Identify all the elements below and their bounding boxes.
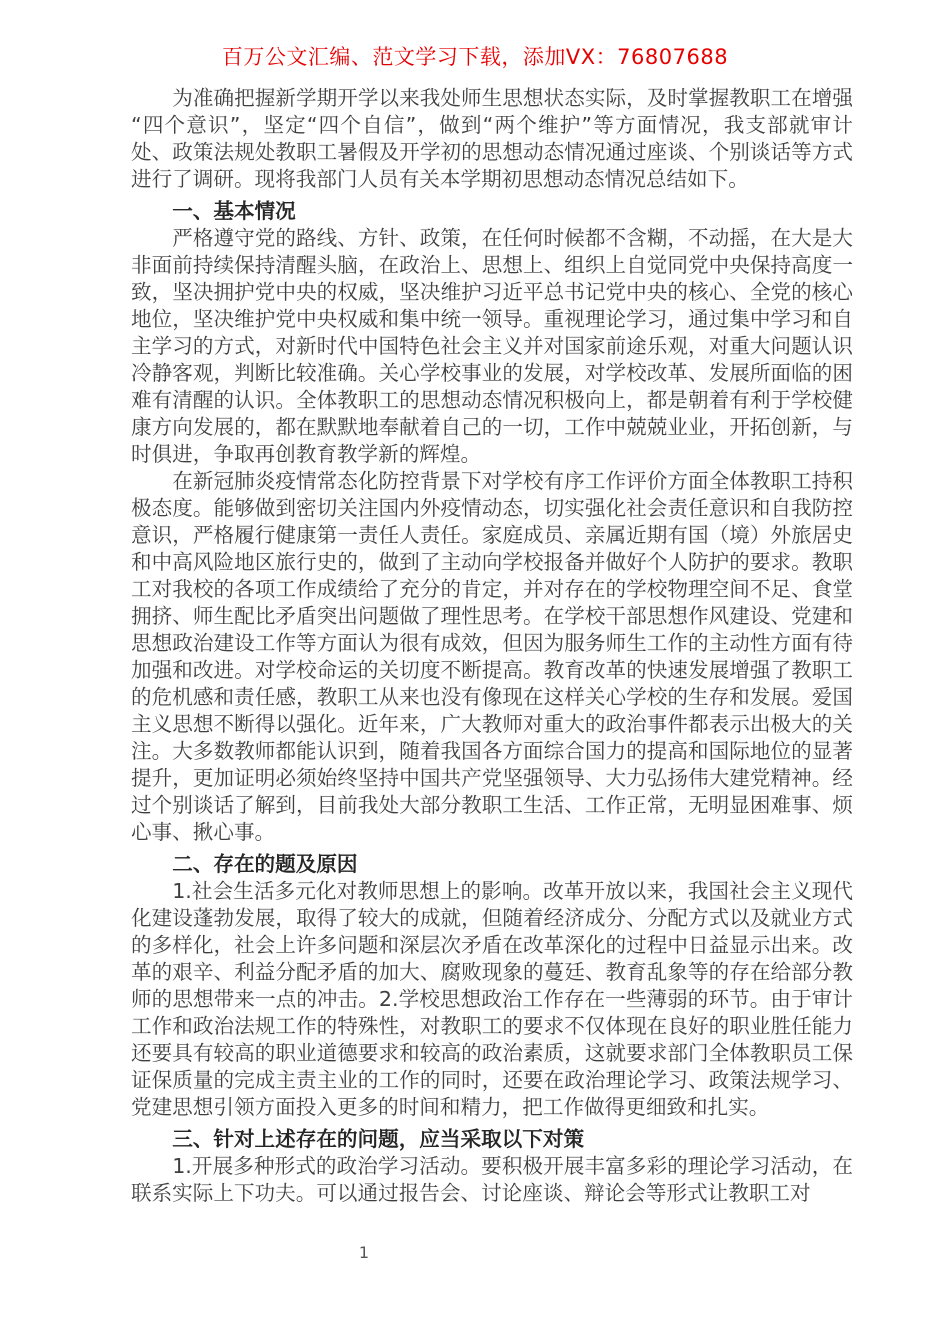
body-paragraph: 为准确把握新学期开学以来我处师生思想状态实际，及时掌握教职工在增强“四个意识”，…: [131, 85, 853, 193]
body-paragraph: 1.社会生活多元化对教师思想上的影响。改革开放以来，我国社会主义现代化建设蓬勃发…: [131, 878, 853, 1121]
document-body: 为准确把握新学期开学以来我处师生思想状态实际，及时掌握教职工在增强“四个意识”，…: [131, 85, 853, 1207]
section-heading: 三、针对上述存在的问题，应当采取以下对策: [131, 1126, 853, 1153]
body-paragraph: 严格遵守党的路线、方针、政策，在任何时候都不含糊，不动摇，在大是大非面前持续保持…: [131, 225, 853, 468]
section-heading: 一、基本情况: [131, 198, 853, 225]
section-heading: 二、存在的题及原因: [131, 851, 853, 878]
header-notice: 百万公文汇编、范文学习下载，添加VX：76807688: [0, 44, 950, 71]
page-number: 1: [352, 1242, 376, 1264]
body-paragraph: 在新冠肺炎疫情常态化防控背景下对学校有序工作评价方面全体教职工持积极态度。能够做…: [131, 468, 853, 846]
document-page: 百万公文汇编、范文学习下载，添加VX：76807688 为准确把握新学期开学以来…: [0, 0, 950, 1344]
body-paragraph: 1.开展多种形式的政治学习活动。要积极开展丰富多彩的理论学习活动，在联系实际上下…: [131, 1153, 853, 1207]
